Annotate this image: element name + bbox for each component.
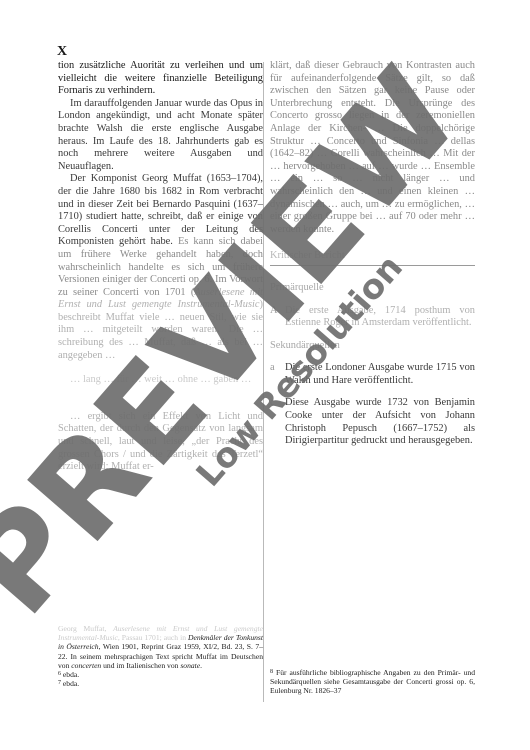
left-column: tion zusätzliche Auorität zu verleihen u… (58, 60, 263, 474)
footnote-7: 7 ebda. (58, 679, 263, 688)
page-number: X (57, 44, 68, 60)
secondary-sources-label: Sekundärquellen (270, 340, 475, 353)
footnote-8: 8 Für ausführliche bibliographische Anga… (270, 668, 475, 696)
paragraph-5: … ergibt sich ein Effekt von Licht und S… (58, 411, 263, 474)
primary-source-item: A Die erste Ausgabe, 1714 posthum von Es… (270, 305, 475, 330)
secondary-source-item: c Diese Ausgabe wurde 1732 von Benjamin … (270, 397, 475, 447)
paragraph-4: … lang … für … weit … ohne … gaben … (58, 374, 263, 387)
secondary-source-item: a Die erste Londoner Ausgabe wurde 1715 … (270, 362, 475, 387)
footnote-6: 6 ebda. (58, 670, 263, 679)
paragraph-1: tion zusätzliche Auorität zu verleihen u… (58, 60, 263, 98)
section-heading: Kritischer Bericht (270, 250, 475, 266)
paragraph-continuation: klärt, daß dieser Gebrauch von Kontraste… (270, 60, 475, 236)
right-footnotes: 8 Für ausführliche bibliographische Anga… (270, 668, 475, 696)
right-column: klärt, daß dieser Gebrauch von Kontraste… (270, 60, 475, 458)
primary-sources-label: Primärquelle (270, 282, 475, 295)
footnote-5: Georg Muffat, Auserlesene mit Ernst und … (58, 624, 263, 670)
column-divider (263, 62, 264, 702)
paragraph-3: Der Komponist Georg Muffat (1653–1704), … (58, 173, 263, 362)
left-footnotes: Georg Muffat, Auserlesene mit Ernst und … (58, 624, 263, 688)
paragraph-2: Im darauffolgenden Januar wurde das Opus… (58, 98, 263, 174)
